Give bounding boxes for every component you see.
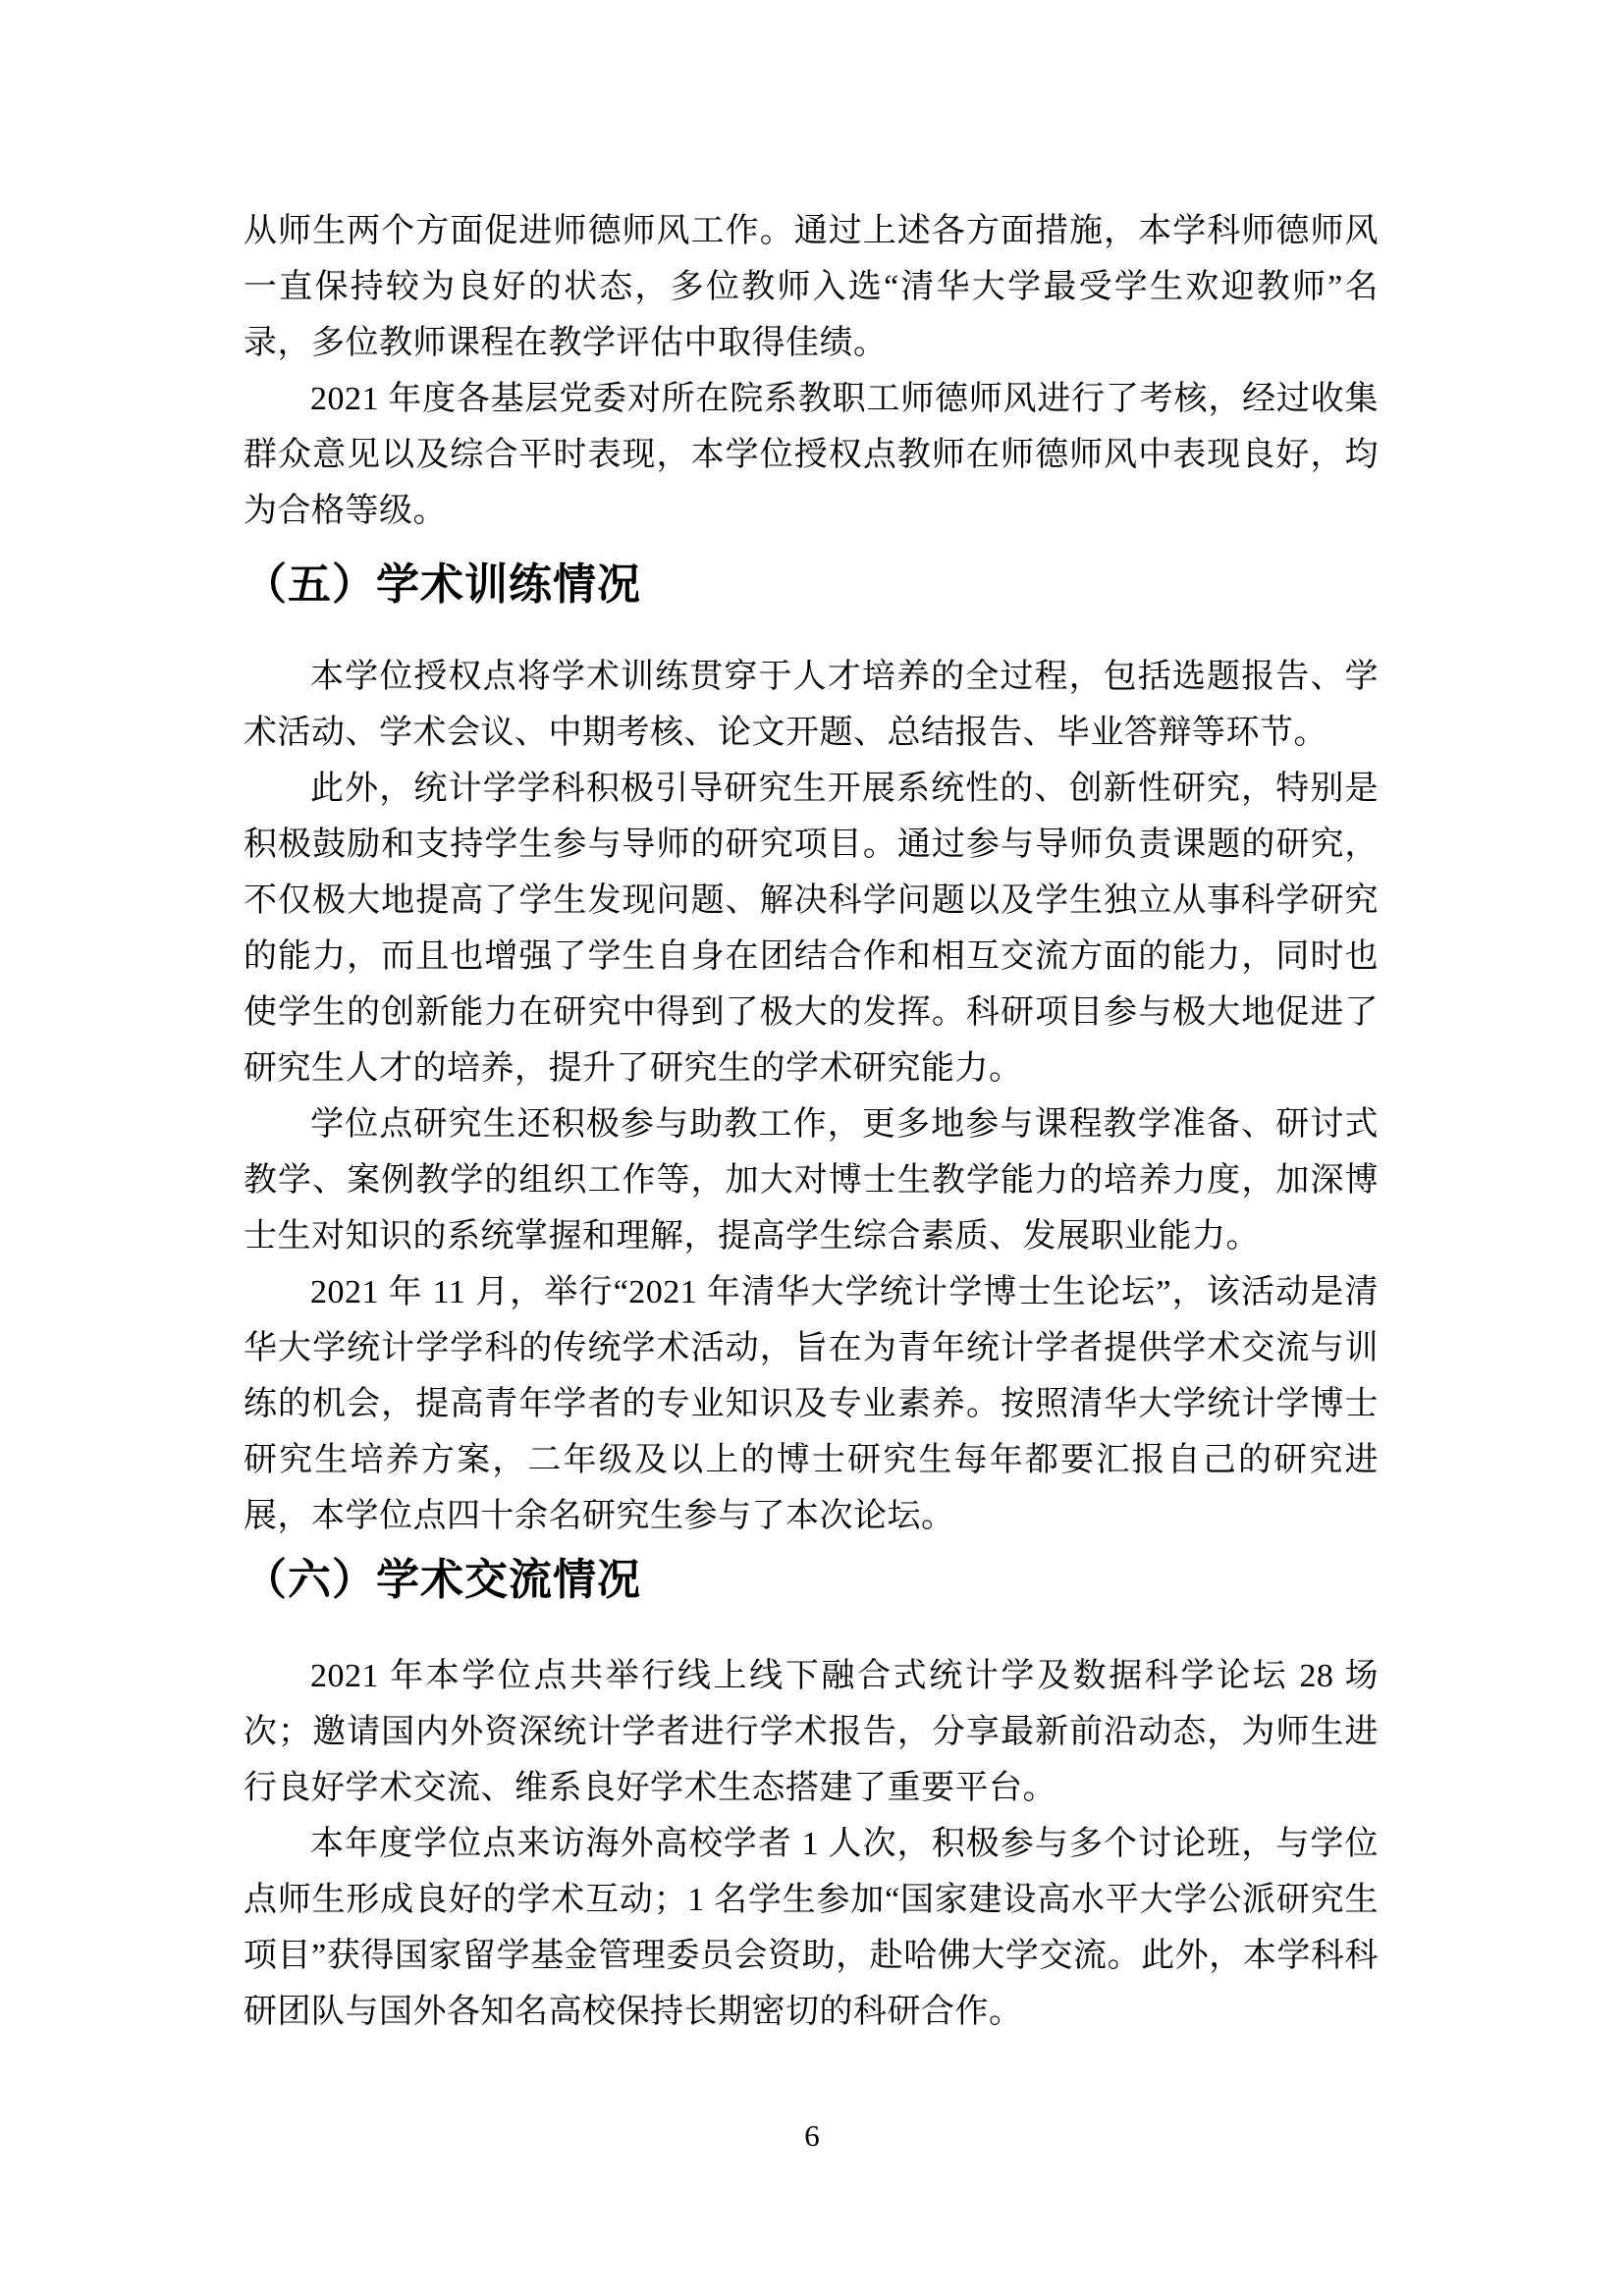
body-paragraph: 2021 年度各基层党委对所在院系教职工师德师风进行了考核，经过收集群众意见以及… — [244, 371, 1379, 539]
body-paragraph: 本年度学位点来访海外高校学者 1 人次，积极参与多个讨论班，与学位点师生形成良好… — [244, 1816, 1379, 2040]
body-paragraph: 2021 年 11 月，举行“2021 年清华大学统计学博士生论坛”，该活动是清… — [244, 1264, 1379, 1544]
body-paragraph: 此外，统计学学科积极引导研究生开展系统性的、创新性研究，特别是积极鼓励和支持学生… — [244, 761, 1379, 1096]
body-paragraph: 本学位授权点将学术训练贯穿于人才培养的全过程，包括选题报告、学术活动、学术会议、… — [244, 649, 1379, 761]
body-paragraph: 2021 年本学位点共举行线上线下融合式统计学及数据科学论坛 28 场次；邀请国… — [244, 1648, 1379, 1816]
section-heading-6: （六）学术交流情况 — [244, 1550, 1379, 1611]
body-paragraph: 学位点研究生还积极参与助教工作，更多地参与课程教学准备、研讨式教学、案例教学的组… — [244, 1096, 1379, 1264]
document-page: 从师生两个方面促进师德师风工作。通过上述各方面措施，本学科师德师风一直保持较为良… — [0, 0, 1624, 2296]
body-paragraph: 从师生两个方面促进师德师风工作。通过上述各方面措施，本学科师德师风一直保持较为良… — [244, 203, 1379, 371]
section-heading-5: （五）学术训练情况 — [244, 555, 1379, 615]
page-content: 从师生两个方面促进师德师风工作。通过上述各方面措施，本学科师德师风一直保持较为良… — [244, 203, 1379, 2040]
page-number: 6 — [0, 2118, 1624, 2154]
